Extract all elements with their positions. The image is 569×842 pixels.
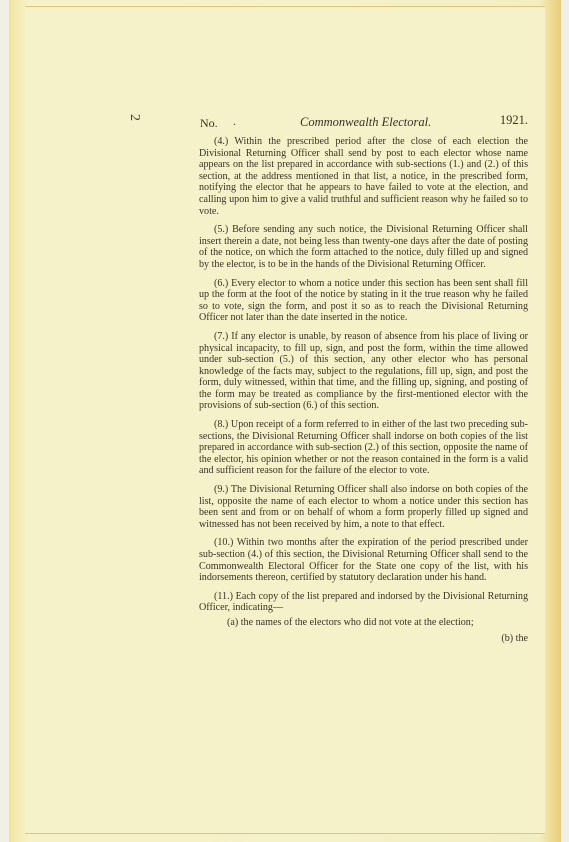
subsection-11: (11.) Each copy of the list prepared and… [199, 591, 528, 614]
subsection-7: (7.) If any elector is unable, by reason… [199, 331, 528, 412]
bill-number-value: . [233, 114, 236, 129]
subsection-6: (6.) Every elector to whom a notice unde… [199, 278, 528, 324]
subsection-10: (10.) Within two months after the expira… [199, 537, 528, 583]
bill-number-label: No. [200, 116, 218, 131]
subsection-4: (4.) Within the prescribed period after … [199, 136, 528, 217]
running-header: No. . Commonwealth Electoral. 1921. [200, 113, 528, 131]
act-title: Commonwealth Electoral. [300, 115, 431, 130]
year: 1921. [500, 113, 528, 128]
subsection-5: (5.) Before sending any such notice, the… [199, 224, 528, 270]
catchword: (b) the [199, 633, 528, 645]
page-number: 2 [126, 114, 142, 121]
body-text: (4.) Within the prescribed period after … [199, 136, 528, 644]
subsection-9: (9.) The Divisional Returning Officer sh… [199, 484, 528, 530]
subsection-8: (8.) Upon receipt of a form referred to … [199, 419, 528, 477]
paragraph-a: (a) the names of the electors who did no… [199, 617, 528, 629]
